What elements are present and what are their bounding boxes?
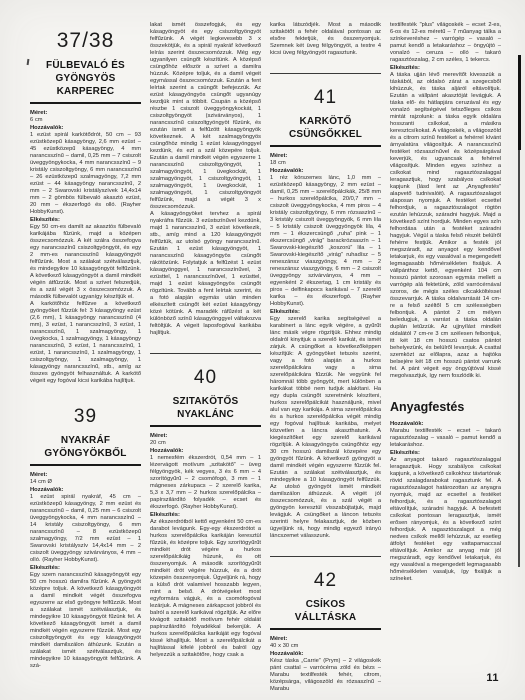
section-title: SZITAKÖTŐS NYAKLÁNC xyxy=(150,395,261,421)
section-number: 40 xyxy=(150,366,261,390)
body-text: 40 x 30 cm xyxy=(270,643,381,650)
scan-artifact-speck xyxy=(27,59,30,65)
body-text: 1 ezüst spirál nyakráf, 45 cm – ezüstköz… xyxy=(30,494,141,564)
body-text: Az ékszerdrótból kettő egyenként 50 cm-e… xyxy=(150,519,261,659)
section-heading: Anyagfestés xyxy=(390,400,501,415)
section-number: 42 xyxy=(270,569,381,593)
body-text: Egy szem narancsszínű kásagyöngyöt egy 5… xyxy=(30,572,141,670)
field-label: Elkészítés: xyxy=(390,65,501,72)
divider xyxy=(150,353,261,354)
field-label: Hozzávalók: xyxy=(30,125,141,132)
body-text: A kásagyöngyöket tervhez a spirál nyakrá… xyxy=(150,211,261,337)
body-text: Kész táska „Carrie” (Prym) – 2 világoské… xyxy=(270,658,381,692)
body-text: Egy szerelő karika segítségével a karabi… xyxy=(270,316,381,540)
divider xyxy=(270,556,381,557)
column-1: 37/38FÜLBEVALÓ ÉS GYÖNGYÖS KARPERECMéret… xyxy=(30,22,141,692)
field-label: Méret: xyxy=(150,433,261,440)
section-number: 39 xyxy=(30,405,141,429)
spacer xyxy=(30,385,141,401)
field-label: Hozzávalók: xyxy=(270,168,381,175)
section-title: KARKÖTŐ CSÜNGŐKKEL xyxy=(270,115,381,141)
divider xyxy=(30,102,141,104)
section-number: 37/38 xyxy=(30,28,141,54)
body-text: textilfesték "plus" világoskék – ecset 2… xyxy=(390,22,501,64)
divider xyxy=(270,73,381,74)
field-label: Elkészítés: xyxy=(30,217,141,224)
field-label: Elkészítés: xyxy=(270,309,381,316)
body-text: Egy 50 cm-es damilt az akasztós fülbeval… xyxy=(30,224,141,301)
body-text: lakat ismét összefogjuk, és egy kásagyön… xyxy=(150,22,261,211)
field-label: Elkészítés: xyxy=(390,450,501,457)
body-text: karika látszódjék. Most a második szitak… xyxy=(270,22,381,57)
body-text: A táska ujján lévő merevítőt kivesszük a… xyxy=(390,72,501,380)
section-number: 41 xyxy=(270,86,381,110)
field-label: Hozzávalók: xyxy=(390,421,501,428)
section-title: CSÍKOS VÁLLTÁSKA xyxy=(270,598,381,624)
field-label: Elkészítés: xyxy=(30,565,141,572)
column-3: karika látszódjék. Most a második szitak… xyxy=(270,22,381,692)
body-text: 1 réz körszemes lánc, 1,0 mm – ezüstköze… xyxy=(270,175,381,308)
field-label: Hozzávalók: xyxy=(270,651,381,658)
field-label: Hozzávalók: xyxy=(30,487,141,494)
column-2: lakat ismét összefogjuk, és egy kásagyön… xyxy=(150,22,261,692)
divider xyxy=(270,145,381,147)
body-text: 6 cm xyxy=(30,117,141,124)
field-label: Méret: xyxy=(270,153,381,160)
body-text: 20 cm xyxy=(150,440,261,447)
column-4: textilfesték "plus" világoskék – ecset 2… xyxy=(390,22,501,692)
body-text: Az anyagot takaró ragasztószalaggal lera… xyxy=(390,457,501,583)
body-text: 1 nemesfém ékszerdrót, 0,54 mm – 1 lézer… xyxy=(150,455,261,511)
body-text: 1 ezüst spirál karkötődrót, 50 cm – 93 e… xyxy=(30,132,141,216)
body-text: A karkötőhöz felfűzve a következő gyöngy… xyxy=(30,301,141,385)
field-label: Hozzávalók: xyxy=(150,448,261,455)
magazine-page: 37/38FÜLBEVALÓ ÉS GYÖNGYÖS KARPERECMéret… xyxy=(0,0,525,700)
body-text: 14 cm Ø xyxy=(30,479,141,486)
field-label: Elkészítés: xyxy=(150,512,261,519)
section-title: NYAKRÁF GYÖNGYÖKBŐL xyxy=(30,434,141,460)
section-title: FÜLBEVALÓ ÉS GYÖNGYÖS KARPEREC xyxy=(30,59,141,98)
divider xyxy=(270,628,381,630)
divider xyxy=(150,425,261,427)
spacer xyxy=(390,380,501,398)
field-label: Méret: xyxy=(30,110,141,117)
body-text: Marabu textilfesték – ecset – takaró rag… xyxy=(390,428,501,449)
page-number: 11 xyxy=(486,672,499,684)
scan-artifact-line-dark xyxy=(518,55,521,150)
field-label: Méret: xyxy=(30,472,141,479)
field-label: Méret: xyxy=(270,636,381,643)
body-text: 18 cm xyxy=(270,160,381,167)
columns: 37/38FÜLBEVALÓ ÉS GYÖNGYÖS KARPERECMéret… xyxy=(30,22,501,692)
divider xyxy=(30,464,141,466)
